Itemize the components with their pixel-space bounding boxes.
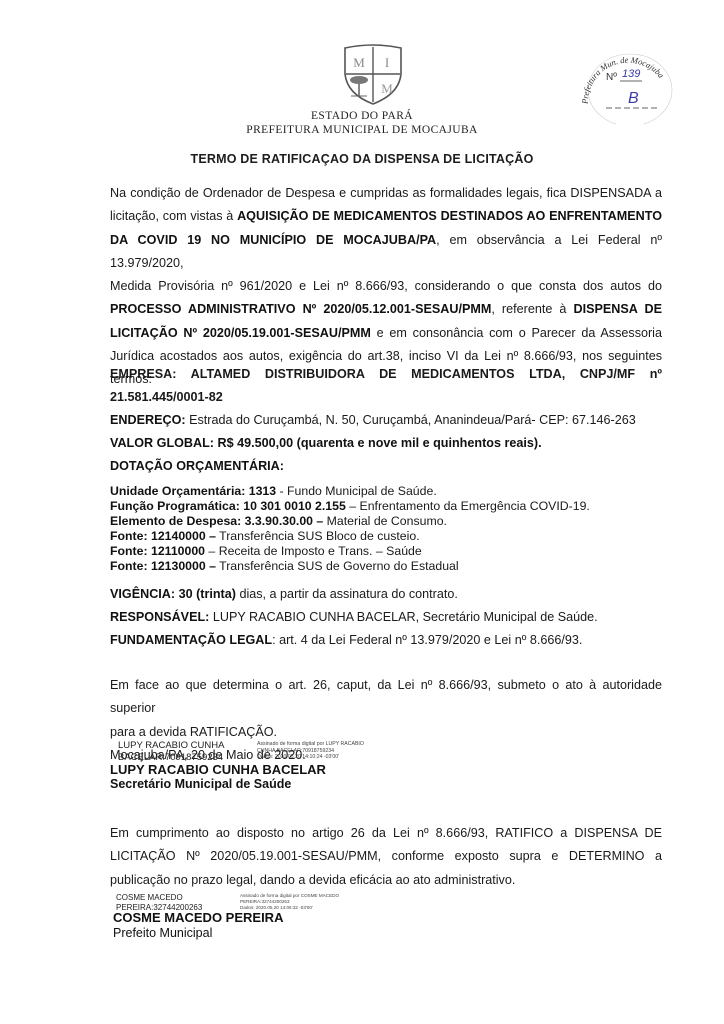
dotacao-item-text: Transferência SUS Bloco de custeio. (216, 529, 420, 543)
vigencia-line: VIGÊNCIA: 30 (trinta) dias, a partir da … (110, 583, 662, 606)
signature1-cert-line1: LUPY RACABIO CUNHA (118, 740, 224, 752)
dotacao-item-label: Fonte: 12140000 – (110, 529, 216, 543)
document-title: TERMO DE RATIFICAÇAO DA DISPENSA DE LICI… (0, 152, 724, 166)
header-state: ESTADO DO PARÁ (0, 110, 724, 122)
crest-letter-i: I (385, 55, 389, 70)
submission-line-1: Em face ao que determina o art. 26, capu… (110, 674, 662, 721)
signature2-name: COSME MACEDO PEREIRA (113, 911, 283, 925)
dotacao-item: Fonte: 12140000 – Transferência SUS Bloc… (110, 529, 590, 544)
signature1-role: Secretário Municipal de Saúde (110, 777, 291, 791)
signature2-digital: Assinado de forma digital por COSME MACE… (240, 893, 339, 911)
stamp-number-label: Nº (606, 72, 617, 83)
intro-segment: Na condição de Ordenador de Despesa e cu… (110, 186, 662, 200)
responsavel-text: LUPY RACABIO CUNHA BACELAR, Secretário M… (209, 610, 597, 624)
intro-line: licitação, com vistas à AQUISIÇÃO DE MED… (110, 205, 662, 228)
valor-global-line: VALOR GLOBAL: R$ 49.500,00 (quarenta e n… (110, 432, 662, 455)
intro-line: Na condição de Ordenador de Despesa e cu… (110, 182, 662, 205)
responsavel-label: RESPONSÁVEL: (110, 610, 209, 624)
endereco-value: Estrada do Curuçambá, N. 50, Curuçambá, … (186, 413, 636, 427)
intro-bold-segment: AQUISIÇÃO DE MEDICAMENTOS DESTINADOS AO … (237, 209, 662, 223)
dotacao-item: Unidade Orçamentária: 1313 - Fundo Munic… (110, 484, 590, 499)
signature1-cert: LUPY RACABIO CUNHA BACELAR:70918759234 (118, 740, 224, 764)
ratification-line: publicação no prazo legal, dando a devid… (110, 869, 662, 892)
dotacao-item-text: Material de Consumo. (323, 514, 447, 528)
dotacao-item: Elemento de Despesa: 3.3.90.30.00 – Mate… (110, 514, 590, 529)
intro-segment: Medida Provisória nº 961/2020 e Lei nº 8… (110, 279, 662, 293)
signature1-digital-line2: CUNHA BACELAR:70918759234 (257, 748, 364, 755)
intro-bold-segment: DISPENSA DE (574, 302, 663, 316)
dotacao-item-label: Unidade Orçamentária: 1313 (110, 484, 276, 498)
vigencia-label: VIGÊNCIA: 30 (trinta) (110, 587, 236, 601)
dotacao-list: Unidade Orçamentária: 1313 - Fundo Munic… (110, 484, 590, 574)
ratification-line: Em cumprimento ao disposto no artigo 26 … (110, 822, 662, 845)
intro-bold-segment: PROCESSO ADMINISTRATIVO Nº 2020/05.12.00… (110, 302, 491, 316)
dotacao-item-label: Fonte: 12110000 (110, 544, 205, 558)
empresa-block: EMPRESA: ALTAMED DISTRIBUIDORA DE MEDICA… (110, 363, 662, 410)
empresa-name: ALTAMED DISTRIBUIDORA DE MEDICAMENTOS LT… (191, 367, 662, 381)
intro-line: LICITAÇÃO Nº 2020/05.19.001-SESAU/PMM e … (110, 322, 662, 345)
ratification-paragraph: Em cumprimento ao disposto no artigo 26 … (110, 822, 662, 892)
empresa-cnpj: 21.581.445/0001-82 (110, 386, 662, 409)
empresa-line: EMPRESA: ALTAMED DISTRIBUIDORA DE MEDICA… (110, 363, 662, 386)
dotacao-item-text: – Enfrentamento da Emergência COVID-19. (346, 499, 590, 513)
intro-paragraph: Na condição de Ordenador de Despesa e cu… (110, 182, 662, 392)
crest-letter-m2: M (381, 81, 393, 96)
valor-global-value: R$ 49.500,00 (quarenta e nove mil e quin… (214, 436, 542, 450)
fundamentacao-text: : art. 4 da Lei Federal nº 13.979/2020 e… (272, 633, 582, 647)
stamp-initials: B (628, 90, 639, 107)
endereco-label: ENDEREÇO: (110, 413, 186, 427)
dotacao-item-label: Fonte: 12130000 – (110, 559, 216, 573)
dotacao-item: Função Programática: 10 301 0010 2.155 –… (110, 499, 590, 514)
intro-line: Medida Provisória nº 961/2020 e Lei nº 8… (110, 275, 662, 298)
dotacao-item-text: - Fundo Municipal de Saúde. (276, 484, 437, 498)
header-municipality: PREFEITURA MUNICIPAL DE MOCAJUBA (0, 124, 724, 136)
stamp-number-value: 139 (622, 68, 640, 80)
municipal-crest-logo: M I M (341, 44, 405, 106)
intro-segment: Jurídica acostados aos autos, exigência … (110, 349, 662, 363)
signature1-name: LUPY RACABIO CUNHA BACELAR (110, 763, 326, 777)
dotacao-item-text: Transferência SUS de Governo do Estadual (216, 559, 459, 573)
signature1-digital-line3: Dados: 2020.05.20 14:10:24 -03'00' (257, 754, 364, 761)
intro-segment: e em consonância com o Parecer da Assess… (371, 326, 662, 340)
fundamentacao-label: FUNDAMENTAÇÃO LEGAL (110, 633, 272, 647)
fundamentacao-line: FUNDAMENTAÇÃO LEGAL: art. 4 da Lei Feder… (110, 629, 662, 652)
signature2-role: Prefeito Municipal (113, 926, 212, 940)
intro-line: PROCESSO ADMINISTRATIVO Nº 2020/05.12.00… (110, 298, 662, 321)
valor-global-label: VALOR GLOBAL: (110, 436, 214, 450)
crest-letter-m: M (353, 55, 365, 70)
dotacao-item-label: Elemento de Despesa: 3.3.90.30.00 – (110, 514, 323, 528)
intro-bold-segment: LICITAÇÃO Nº 2020/05.19.001-SESAU/PMM (110, 326, 371, 340)
intro-line: DA COVID 19 NO MUNICÍPIO DE MOCAJUBA/PA,… (110, 229, 662, 276)
intro-segment: , referente à (491, 302, 573, 316)
dotacao-item: Fonte: 12110000 – Receita de Imposto e T… (110, 544, 590, 559)
signature1-digital-line1: Assinado de forma digital por LUPY RACAB… (257, 741, 364, 748)
vigencia-text: dias, a partir da assinatura do contrato… (236, 587, 458, 601)
responsavel-line: RESPONSÁVEL: LUPY RACABIO CUNHA BACELAR,… (110, 606, 662, 629)
dotacao-item-text: – Receita de Imposto e Trans. – Saúde (205, 544, 422, 558)
signature2-cert-line1: COSME MACEDO (116, 893, 202, 903)
dotacao-label: DOTAÇÃO ORÇAMENTÁRIA: (110, 455, 662, 478)
intro-bold-segment: DA COVID 19 NO MUNICÍPIO DE MOCAJUBA/PA (110, 233, 436, 247)
ratification-line: LICITAÇÃO Nº 2020/05.19.001-SESAU/PMM, c… (110, 845, 662, 868)
dotacao-item-label: Função Programática: 10 301 0010 2.155 (110, 499, 346, 513)
dotacao-heading: DOTAÇÃO ORÇAMENTÁRIA: (110, 459, 284, 473)
dotacao-item: Fonte: 12130000 – Transferência SUS de G… (110, 559, 590, 574)
intro-segment: licitação, com vistas à (110, 209, 237, 223)
signature1-digital: Assinado de forma digital por LUPY RACAB… (257, 741, 364, 761)
endereco-line: ENDEREÇO: Estrada do Curuçambá, N. 50, C… (110, 409, 662, 432)
empresa-label: EMPRESA (110, 367, 172, 381)
